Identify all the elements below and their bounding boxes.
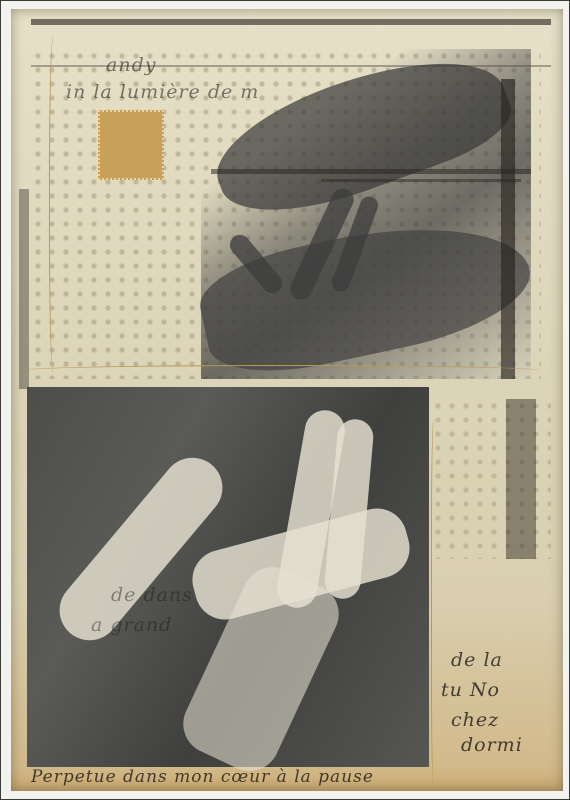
dark-edge-right-lower [506, 399, 536, 559]
dark-edge-right [501, 79, 515, 379]
script-line: chez [451, 709, 499, 731]
script-line: a grand [91, 614, 172, 636]
gold-wire-vertical [431, 419, 440, 789]
script-line: de la [451, 649, 503, 671]
artwork-frame: andy in la lumière de m de dans a grand … [0, 0, 570, 800]
script-line: Perpetue dans mon cœur à la pause [31, 767, 374, 787]
ink-stroke [211, 169, 531, 174]
script-line: tu No [441, 679, 500, 701]
script-line: dormi [461, 734, 523, 756]
gold-leaf-square [98, 110, 164, 180]
script-line: in la lumière de m [66, 81, 259, 103]
script-line: de dans [111, 584, 193, 606]
dark-edge-left [19, 189, 29, 389]
gold-wire-horizontal [21, 365, 541, 376]
encaustic-panel: andy in la lumière de m de dans a grand … [11, 9, 563, 791]
ink-stroke [321, 179, 521, 182]
script-line: andy [106, 54, 156, 76]
gold-wire-left [49, 34, 60, 374]
